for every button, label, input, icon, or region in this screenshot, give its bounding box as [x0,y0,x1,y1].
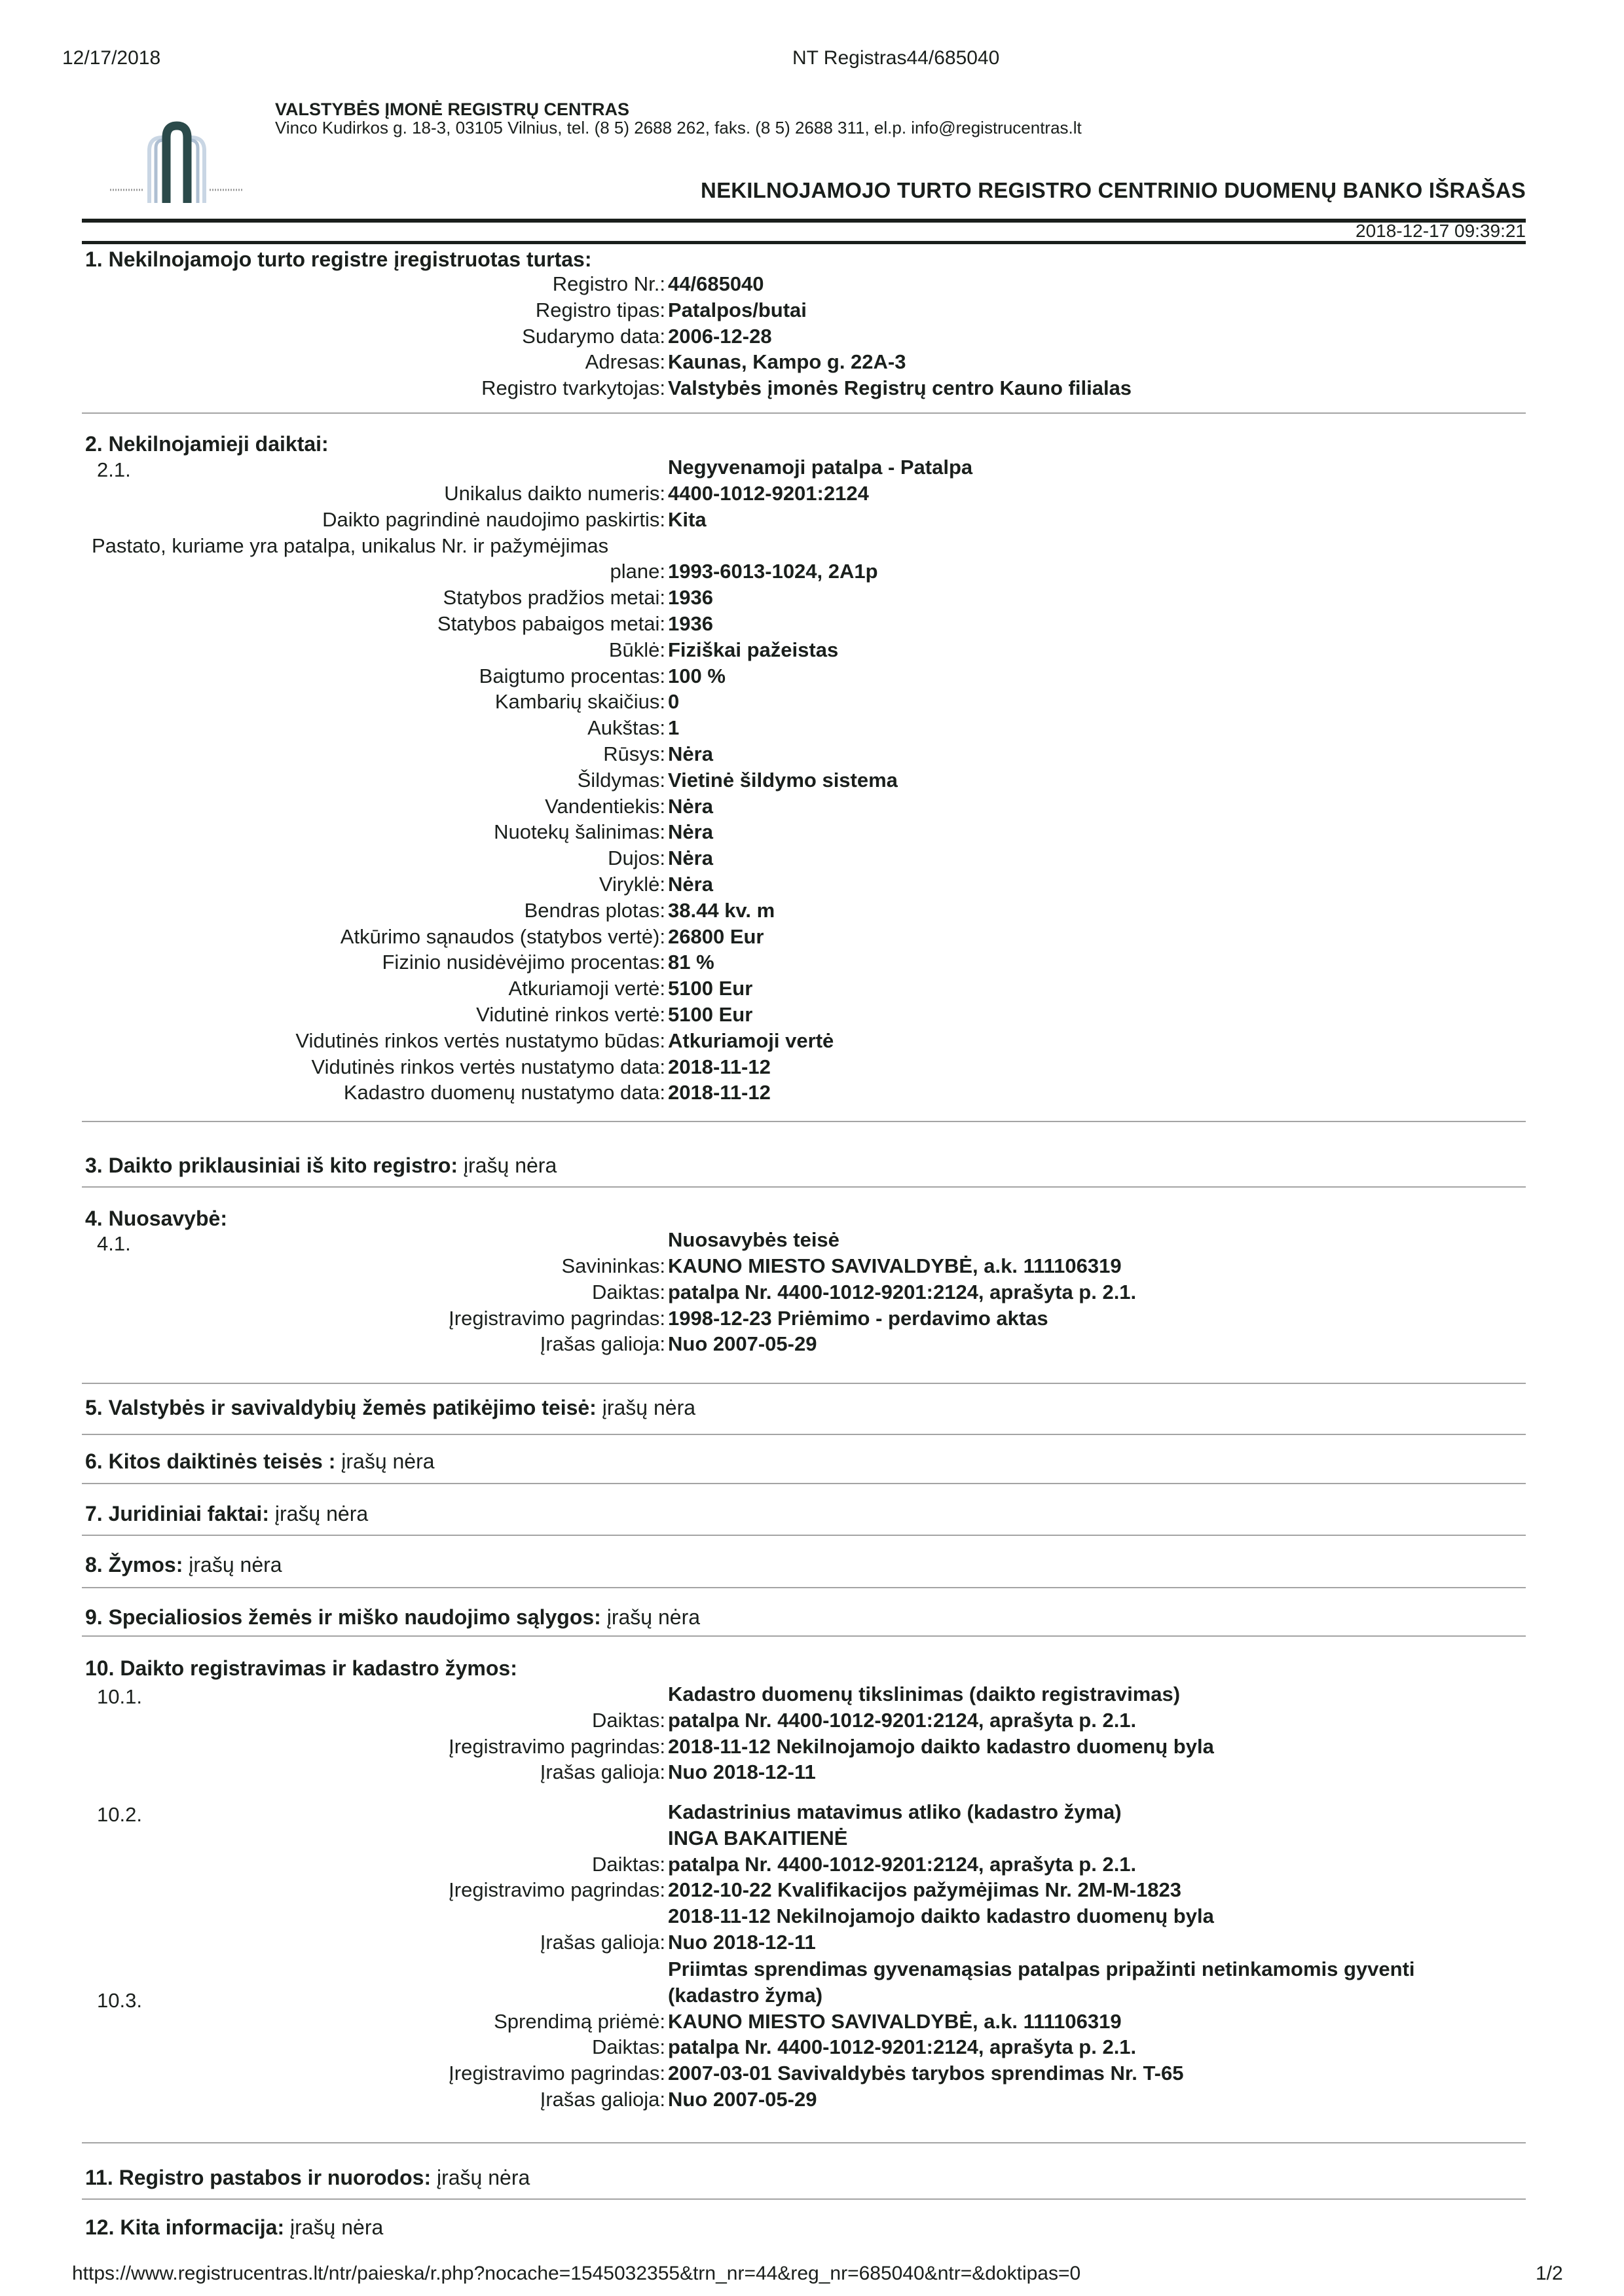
divider [82,2142,1526,2143]
field-value: KAUNO MIESTO SAVIVALDYBĖ, a.k. 111106319 [668,2010,1122,2033]
print-doc-ref: NT Registras44/685040 [792,47,999,69]
field-value: Patalpos/butai [668,299,807,322]
section-11-title: 11. Registro pastabos ir nuorodos: įrašų… [85,2166,530,2190]
field-label: Sudarymo data: [522,325,665,348]
section-6-value: įrašų nėra [341,1449,434,1473]
item-title: INGA BAKAITIENĖ [668,1827,847,1850]
field-label: Registro tvarkytojas: [481,376,665,400]
field-value: Nuo 2007-05-29 [668,1332,817,1356]
section-7-label: 7. Juridiniai faktai: [85,1502,269,1525]
field-row: Įregistravimo pagrindas:2012-10-22 Kvali… [0,1878,1624,1904]
field-value: 2018-11-12 Nekilnojamojo daikto kadastro… [668,1735,1214,1758]
print-footer-url: https://www.registrucentras.lt/ntr/paies… [72,2263,1080,2285]
field-value: patalpa Nr. 4400-1012-9201:2124, aprašyt… [668,1281,1136,1304]
field-row: Statybos pradžios metai:1936 [0,586,1624,612]
field-value: Nuo 2018-12-11 [668,1931,816,1954]
field-row: 2018-11-12 Nekilnojamojo daikto kadastro… [0,1904,1624,1931]
field-label: Dujos: [608,847,665,870]
field-value: 1 [668,716,679,740]
section-12-value: įrašų nėra [290,2215,383,2239]
field-label: Rūsys: [603,742,665,766]
field-row: Savininkas:KAUNO MIESTO SAVIVALDYBĖ, a.k… [0,1254,1624,1281]
field-value: 2012-10-22 Kvalifikacijos pažymėjimas Nr… [668,1878,1181,1902]
field-value: Nėra [668,873,713,896]
field-value: KAUNO MIESTO SAVIVALDYBĖ, a.k. 111106319 [668,1254,1122,1278]
field-label: Įregistravimo pagrindas: [449,1735,665,1758]
field-label: Daiktas: [592,1281,665,1304]
field-label: Savininkas: [561,1254,665,1278]
divider [82,1483,1526,1484]
divider [82,1635,1526,1637]
field-row: Fizinio nusidėvėjimo procentas:81 % [0,951,1624,977]
field-value: Nuo 2007-05-29 [668,2088,817,2111]
field-label: Atkuriamoji vertė: [509,977,665,1000]
field-label: Fizinio nusidėvėjimo procentas: [382,951,666,974]
field-label: Aukštas: [587,716,665,740]
field-value: Vietinė šildymo sistema [668,769,898,792]
org-name: VALSTYBĖS ĮMONĖ REGISTRŲ CENTRAS [275,100,629,120]
field-row: Kambarių skaičius:0 [0,690,1624,716]
field-row: Daikto pagrindinė naudojimo paskirtis:Ki… [0,508,1624,534]
field-row: Daiktas:patalpa Nr. 4400-1012-9201:2124,… [0,2035,1624,2062]
section-8-label: 8. Žymos: [85,1553,183,1576]
field-value: patalpa Nr. 4400-1012-9201:2124, aprašyt… [668,1709,1136,1732]
field-value: patalpa Nr. 4400-1012-9201:2124, aprašyt… [668,2035,1136,2059]
field-label: Pastato, kuriame yra patalpa, unikalus N… [92,534,608,558]
field-value: 100 % [668,665,726,688]
field-value: Nėra [668,820,713,844]
field-label: Kadastro duomenų nustatymo data: [344,1081,665,1104]
field-value: patalpa Nr. 4400-1012-9201:2124, aprašyt… [668,1853,1136,1876]
divider [82,1121,1526,1122]
field-label: Statybos pradžios metai: [443,586,665,610]
field-row: Aukštas:1 [0,716,1624,742]
document-title: NEKILNOJAMOJO TURTO REGISTRO CENTRINIO D… [701,178,1526,203]
field-label: Atkūrimo sąnaudos (statybos vertė): [341,925,665,949]
divider [82,1434,1526,1435]
section-6-label: 6. Kitos daiktinės teisės : [85,1449,335,1473]
field-row: Įrašas galioja:Nuo 2018-12-11 [0,1760,1624,1787]
registru-centras-logo-icon [98,111,255,203]
field-row: Daiktas:patalpa Nr. 4400-1012-9201:2124,… [0,1709,1624,1735]
field-label: Nuotekų šalinimas: [494,820,665,844]
field-row: Įregistravimo pagrindas:2007-03-01 Saviv… [0,2062,1624,2088]
field-row: Adresas:Kaunas, Kampo g. 22A-3 [0,350,1624,376]
section-4-title: 4. Nuosavybė: [85,1207,227,1231]
item-title: Negyvenamoji patalpa - Patalpa [668,456,972,479]
section-9-title: 9. Specialiosios žemės ir miško naudojim… [85,1605,700,1630]
field-label: Viryklė: [599,873,665,896]
field-row: Pastato, kuriame yra patalpa, unikalus N… [0,534,1624,560]
field-label: Kambarių skaičius: [495,690,665,714]
field-row: Daiktas:patalpa Nr. 4400-1012-9201:2124,… [0,1281,1624,1307]
section-12-title: 12. Kita informacija: įrašų nėra [85,2215,383,2240]
field-value: 44/685040 [668,272,764,296]
header-rule-top [82,219,1526,223]
field-row: Vidutinės rinkos vertės nustatymo data:2… [0,1055,1624,1082]
section-11-value: įrašų nėra [437,2166,530,2189]
field-label: Daiktas: [592,2035,665,2059]
field-row: Daiktas:patalpa Nr. 4400-1012-9201:2124,… [0,1853,1624,1879]
print-page-number: 1/2 [1536,2263,1563,2285]
item-title: Nuosavybės teisė [668,1228,840,1252]
section-6-title: 6. Kitos daiktinės teisės : įrašų nėra [85,1449,435,1474]
field-value: Nėra [668,847,713,870]
field-value: Nuo 2018-12-11 [668,1760,816,1784]
field-value: 2006-12-28 [668,325,772,348]
section-8-title: 8. Žymos: įrašų nėra [85,1553,282,1577]
field-value: Nėra [668,742,713,766]
section-5-value: įrašų nėra [602,1396,695,1419]
field-row: Statybos pabaigos metai:1936 [0,612,1624,638]
divider [82,1587,1526,1588]
section-10-title: 10. Daikto registravimas ir kadastro žym… [85,1656,517,1681]
field-label: Daiktas: [592,1853,665,1876]
org-address: Vinco Kudirkos g. 18-3, 03105 Vilnius, t… [275,118,1082,138]
field-row: Įrašas galioja:Nuo 2018-12-11 [0,1931,1624,1957]
field-label: Įrašas galioja: [540,2088,665,2111]
field-value: Atkuriamoji vertė [668,1029,834,1053]
field-row: Vidutinės rinkos vertės nustatymo būdas:… [0,1029,1624,1055]
section-7-value: įrašų nėra [275,1502,368,1525]
field-value: 1936 [668,612,713,636]
divider [82,2198,1526,2200]
field-row: Įregistravimo pagrindas:2018-11-12 Nekil… [0,1735,1624,1761]
field-row: Registro Nr.:44/685040 [0,272,1624,299]
field-value: 26800 Eur [668,925,764,949]
field-label: Vidutinės rinkos vertės nustatymo data: [312,1055,666,1079]
field-row: Sprendimą priėmė:KAUNO MIESTO SAVIVALDYB… [0,2010,1624,2036]
field-label: Vandentiekis: [545,795,665,818]
field-label: Įregistravimo pagrindas: [449,1307,665,1330]
section-9-label: 9. Specialiosios žemės ir miško naudojim… [85,1605,601,1629]
field-label: Registro Nr.: [553,272,665,296]
section-3-label: 3. Daikto priklausiniai iš kito registro… [85,1154,458,1177]
field-row: Registro tvarkytojas:Valstybės įmonės Re… [0,376,1624,403]
field-label: Vidutinės rinkos vertės nustatymo būdas: [295,1029,665,1053]
field-value: Nėra [668,795,713,818]
item-title: Priimtas sprendimas gyvenamąsias patalpa… [668,1958,1415,1981]
print-date: 12/17/2018 [62,47,160,69]
field-row: plane:1993-6013-1024, 2A1p [0,560,1624,586]
field-row: Šildymas:Vietinė šildymo sistema [0,769,1624,795]
field-label: Šildymas: [578,769,665,792]
field-value: Kita [668,508,707,532]
field-label: Adresas: [585,350,665,374]
field-row: Sudarymo data:2006-12-28 [0,325,1624,351]
item-number: 10.2. [97,1803,142,1827]
item-number: 2.1. [97,458,131,482]
field-label: Įregistravimo pagrindas: [449,2062,665,2085]
field-row: Įregistravimo pagrindas:1998-12-23 Priėm… [0,1307,1624,1333]
section-12-label: 12. Kita informacija: [85,2215,284,2239]
field-row: Vandentiekis:Nėra [0,795,1624,821]
divider [82,1186,1526,1188]
field-value: 5100 Eur [668,1003,752,1027]
field-value: 38.44 kv. m [668,899,775,922]
field-row: Vidutinė rinkos vertė:5100 Eur [0,1003,1624,1029]
field-value: 5100 Eur [668,977,752,1000]
item-title: (kadastro žyma) [668,1984,822,2007]
field-row: Įrašas galioja:Nuo 2007-05-29 [0,2088,1624,2114]
section-3-value: įrašų nėra [464,1154,557,1177]
divider [82,412,1526,414]
section-8-value: įrašų nėra [189,1553,282,1576]
field-label: Bendras plotas: [525,899,665,922]
field-value: 1936 [668,586,713,610]
field-row: Įrašas galioja:Nuo 2007-05-29 [0,1332,1624,1358]
item-title: Kadastro duomenų tikslinimas (daikto reg… [668,1683,1180,1706]
field-row: Registro tipas:Patalpos/butai [0,299,1624,325]
item-number: 10.1. [97,1685,142,1709]
field-label: Būklė: [609,638,665,662]
section-2-title: 2. Nekilnojamieji daiktai: [85,432,329,456]
field-value: Fiziškai pažeistas [668,638,838,662]
field-value: 4400-1012-9201:2124 [668,482,869,505]
field-value: 0 [668,690,679,714]
field-label: Įrašas galioja: [540,1760,665,1784]
section-9-value: įrašų nėra [607,1605,700,1629]
field-label: Daiktas: [592,1709,665,1732]
header-rule-bottom [82,241,1526,244]
field-label: Įrašas galioja: [540,1332,665,1356]
section-7-title: 7. Juridiniai faktai: įrašų nėra [85,1502,368,1526]
field-value: 1998-12-23 Priėmimo - perdavimo aktas [668,1307,1048,1330]
field-row: Bendras plotas:38.44 kv. m [0,899,1624,925]
field-row: Būklė:Fiziškai pažeistas [0,638,1624,665]
field-row: Dujos:Nėra [0,847,1624,873]
field-label: Unikalus daikto numeris: [444,482,665,505]
field-value: 2007-03-01 Savivaldybės tarybos sprendim… [668,2062,1183,2085]
field-row: Kadastro duomenų nustatymo data:2018-11-… [0,1081,1624,1107]
divider [82,1535,1526,1536]
field-label: Įregistravimo pagrindas: [449,1878,665,1902]
section-1-title: 1. Nekilnojamojo turto registre įregistr… [85,247,591,272]
field-value: 2018-11-12 Nekilnojamojo daikto kadastro… [668,1904,1214,1928]
document-timestamp: 2018-12-17 09:39:21 [1356,221,1526,242]
field-label: Statybos pabaigos metai: [437,612,665,636]
field-label: Baigtumo procentas: [479,665,665,688]
field-label: plane: [610,560,665,583]
field-value: 2018-11-12 [668,1055,771,1079]
item-title: Kadastrinius matavimus atliko (kadastro … [668,1800,1122,1824]
field-row: Rūsys:Nėra [0,742,1624,769]
field-value: Valstybės įmonės Registrų centro Kauno f… [668,376,1132,400]
field-label: Įrašas galioja: [540,1931,665,1954]
field-row: Nuotekų šalinimas:Nėra [0,820,1624,847]
item-number: 10.3. [97,1989,142,2013]
item-number: 4.1. [97,1232,131,1256]
field-value: 81 % [668,951,714,974]
field-row: Atkūrimo sąnaudos (statybos vertė):26800… [0,925,1624,951]
field-value: 1993-6013-1024, 2A1p [668,560,878,583]
field-row: Unikalus daikto numeris:4400-1012-9201:2… [0,482,1624,508]
section-11-label: 11. Registro pastabos ir nuorodos: [85,2166,431,2189]
field-row: Baigtumo procentas:100 % [0,665,1624,691]
field-label: Daikto pagrindinė naudojimo paskirtis: [322,508,665,532]
section-5-title: 5. Valstybės ir savivaldybių žemės patik… [85,1396,695,1420]
section-3-title: 3. Daikto priklausiniai iš kito registro… [85,1154,557,1178]
section-5-label: 5. Valstybės ir savivaldybių žemės patik… [85,1396,597,1419]
field-row: Atkuriamoji vertė:5100 Eur [0,977,1624,1003]
field-label: Vidutinė rinkos vertė: [476,1003,665,1027]
field-value: 2018-11-12 [668,1081,771,1104]
divider [82,1383,1526,1384]
field-row: Viryklė:Nėra [0,873,1624,899]
field-value: Kaunas, Kampo g. 22A-3 [668,350,906,374]
field-label: Sprendimą priėmė: [494,2010,665,2033]
field-label: Registro tipas: [536,299,665,322]
